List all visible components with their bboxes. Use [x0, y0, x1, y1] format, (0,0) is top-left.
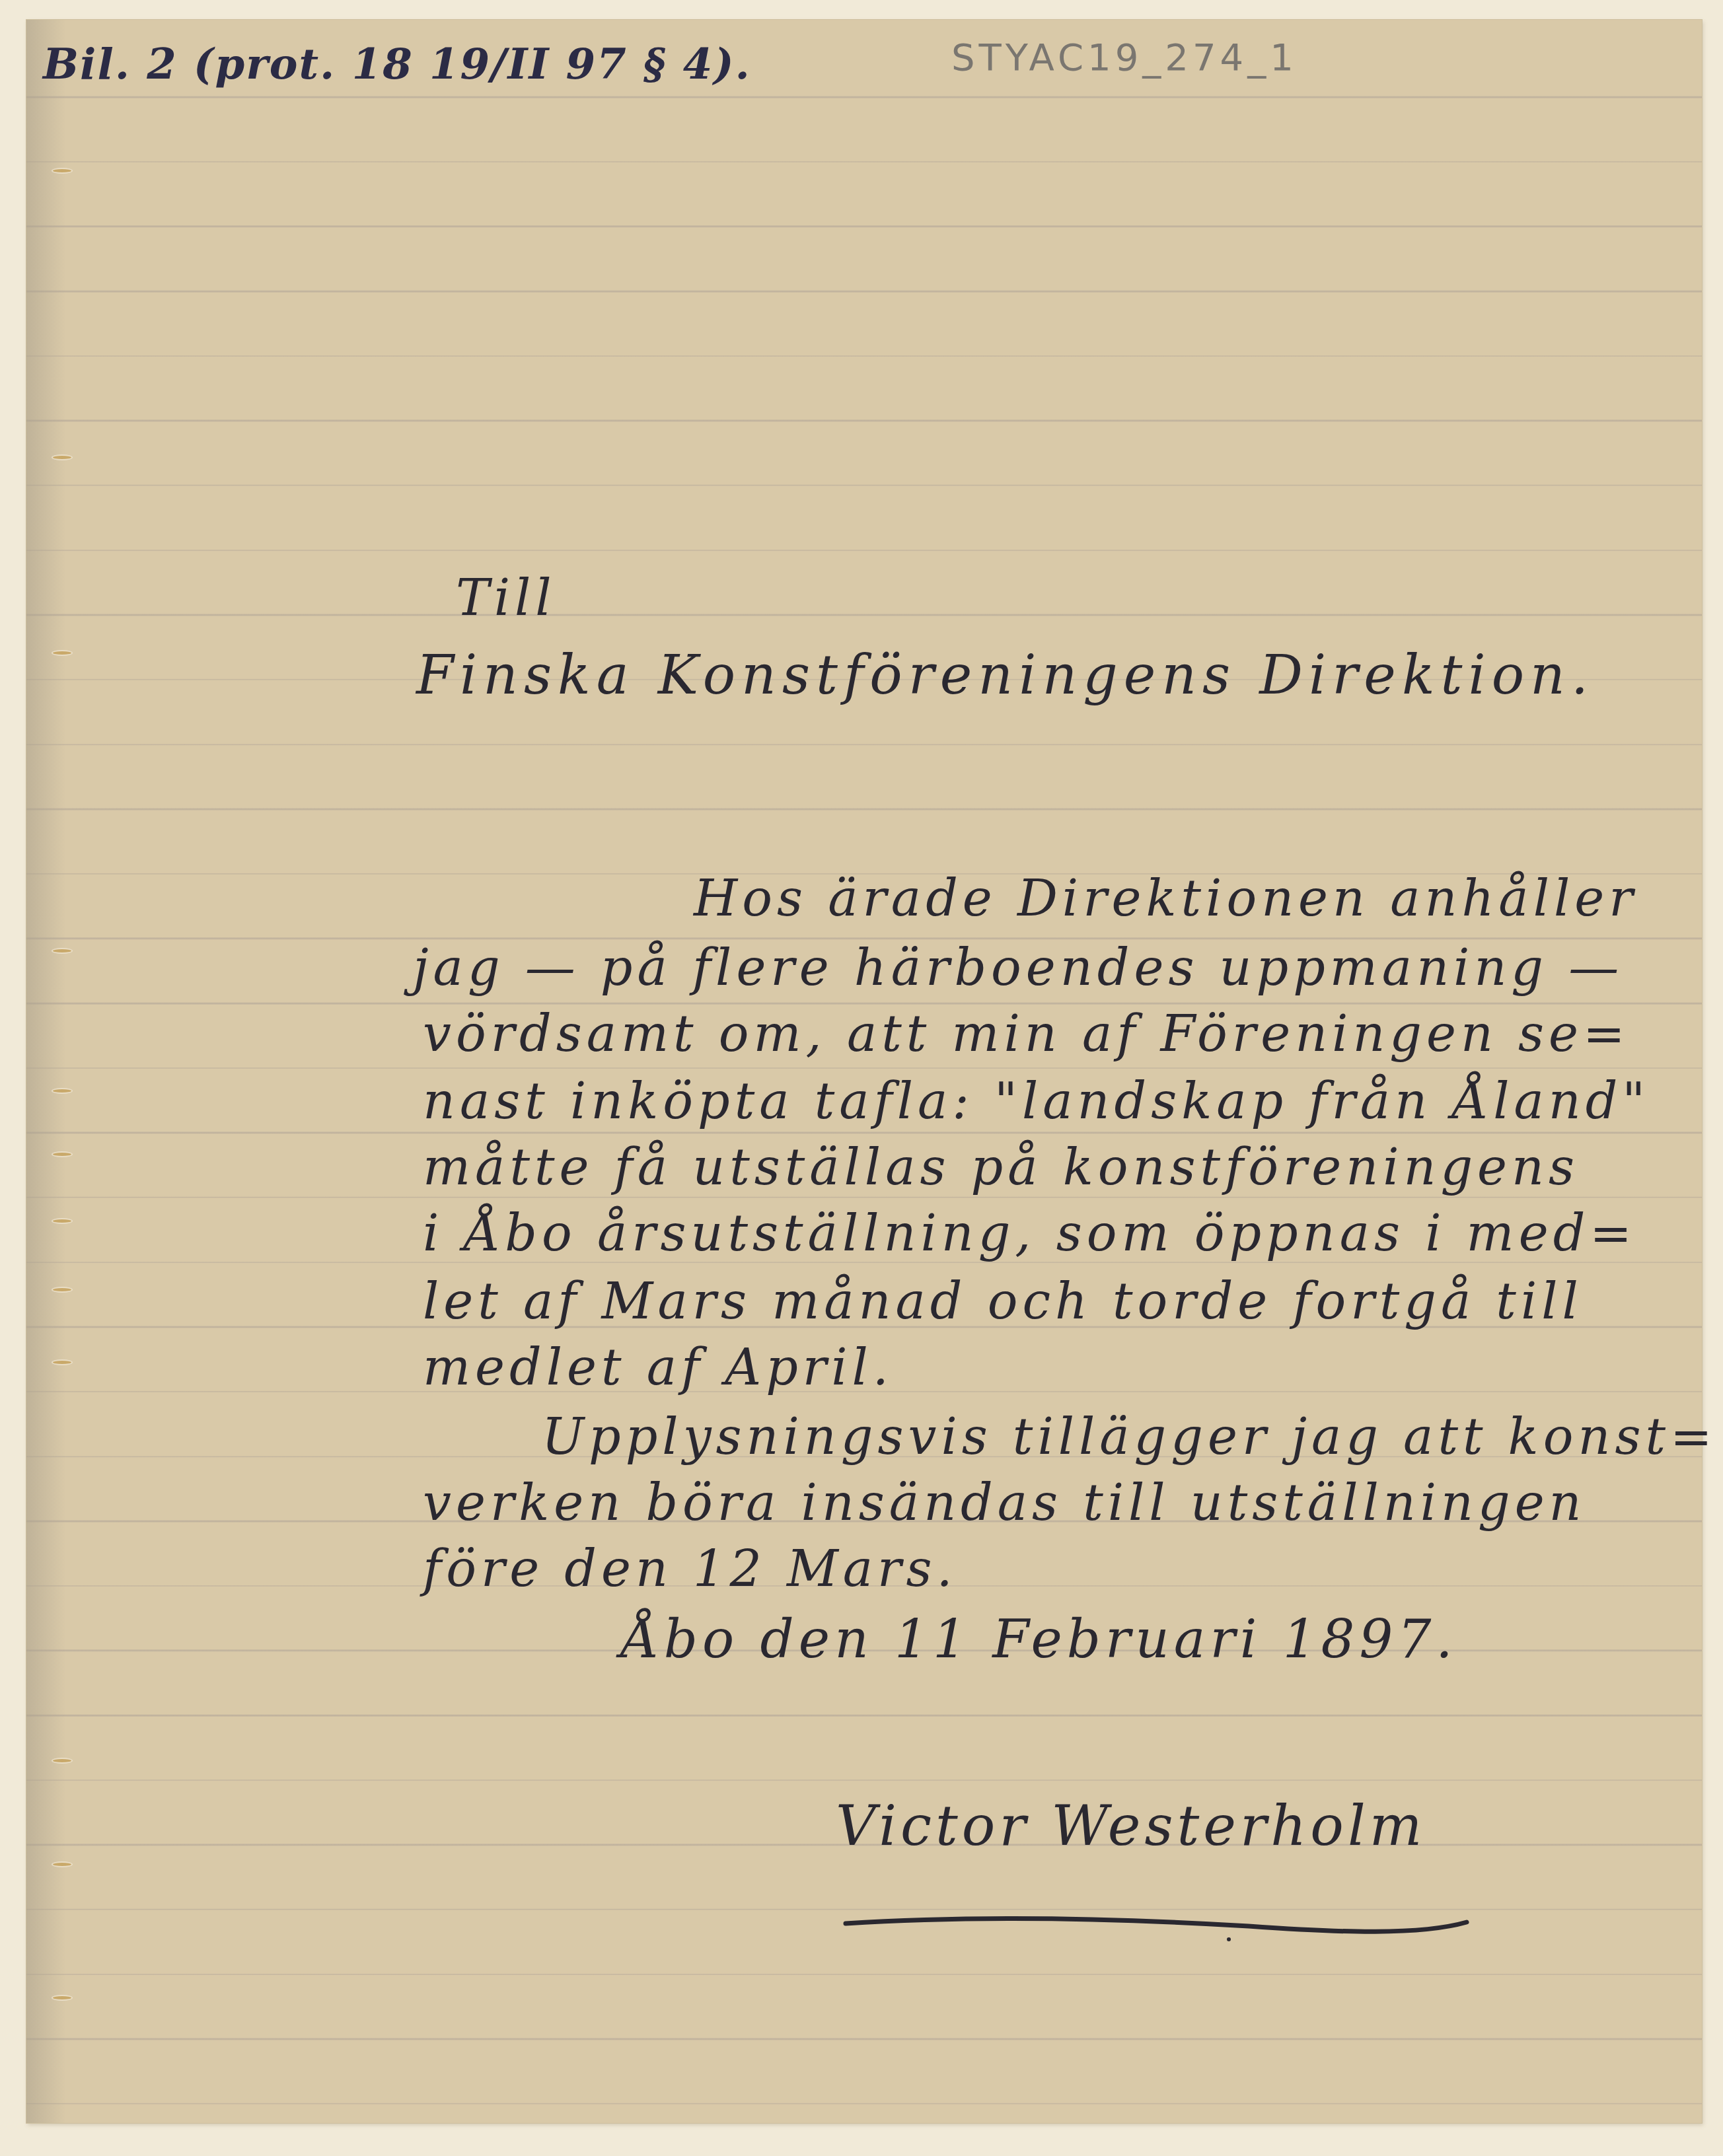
- punch-hole: [53, 1153, 71, 1156]
- punch-hole: [53, 1759, 71, 1762]
- body-line-7: let af Mars månad och torde fortgå till: [423, 1272, 1583, 1330]
- body-line-11: före den 12 Mars.: [423, 1539, 957, 1598]
- body-line-5: måtte få utställas på konstföreningens: [423, 1137, 1579, 1196]
- punch-hole: [53, 1288, 71, 1291]
- punch-hole: [53, 1996, 71, 1999]
- body-line-6: i Åbo årsutställning, som öppnas i med=: [423, 1204, 1636, 1262]
- archival-note: Bil. 2 (prot. 18 19/II 97 § 4).: [43, 40, 751, 89]
- recipient-name: Finska Konstföreningens Direktion.: [416, 644, 1594, 707]
- body-line-9: Upplysningsvis tillägger jag att konst=: [542, 1407, 1717, 1466]
- punch-hole: [53, 1863, 71, 1866]
- body-line-3: vördsamt om, att min af Föreningen se=: [423, 1004, 1630, 1063]
- punch-hole: [53, 1361, 71, 1364]
- punch-hole: [53, 651, 71, 655]
- punch-hole: [53, 456, 71, 459]
- punch-hole: [53, 169, 71, 172]
- body-line-10: verken böra insändas till utställningen: [423, 1473, 1586, 1532]
- body-line-2: jag — på flere härboendes uppmaning —: [413, 938, 1623, 997]
- body-line-1: Hos ärade Direktionen anhåller: [694, 869, 1638, 927]
- signature: Victor Westerholm: [836, 1793, 1426, 1858]
- dateline: Åbo den 11 Februari 1897.: [621, 1608, 1457, 1670]
- body-line-8: medlet af April.: [423, 1338, 893, 1396]
- salutation-till: Till: [456, 568, 556, 627]
- body-line-4: nast inköpta tafla: "landskap från Åland…: [423, 1071, 1650, 1130]
- punch-hole: [53, 949, 71, 952]
- signature-underline-flourish: [839, 1916, 1473, 1942]
- archive-reference: STYAC19_274_1: [951, 36, 1298, 79]
- punch-hole: [53, 1089, 71, 1093]
- punch-hole: [53, 1219, 71, 1223]
